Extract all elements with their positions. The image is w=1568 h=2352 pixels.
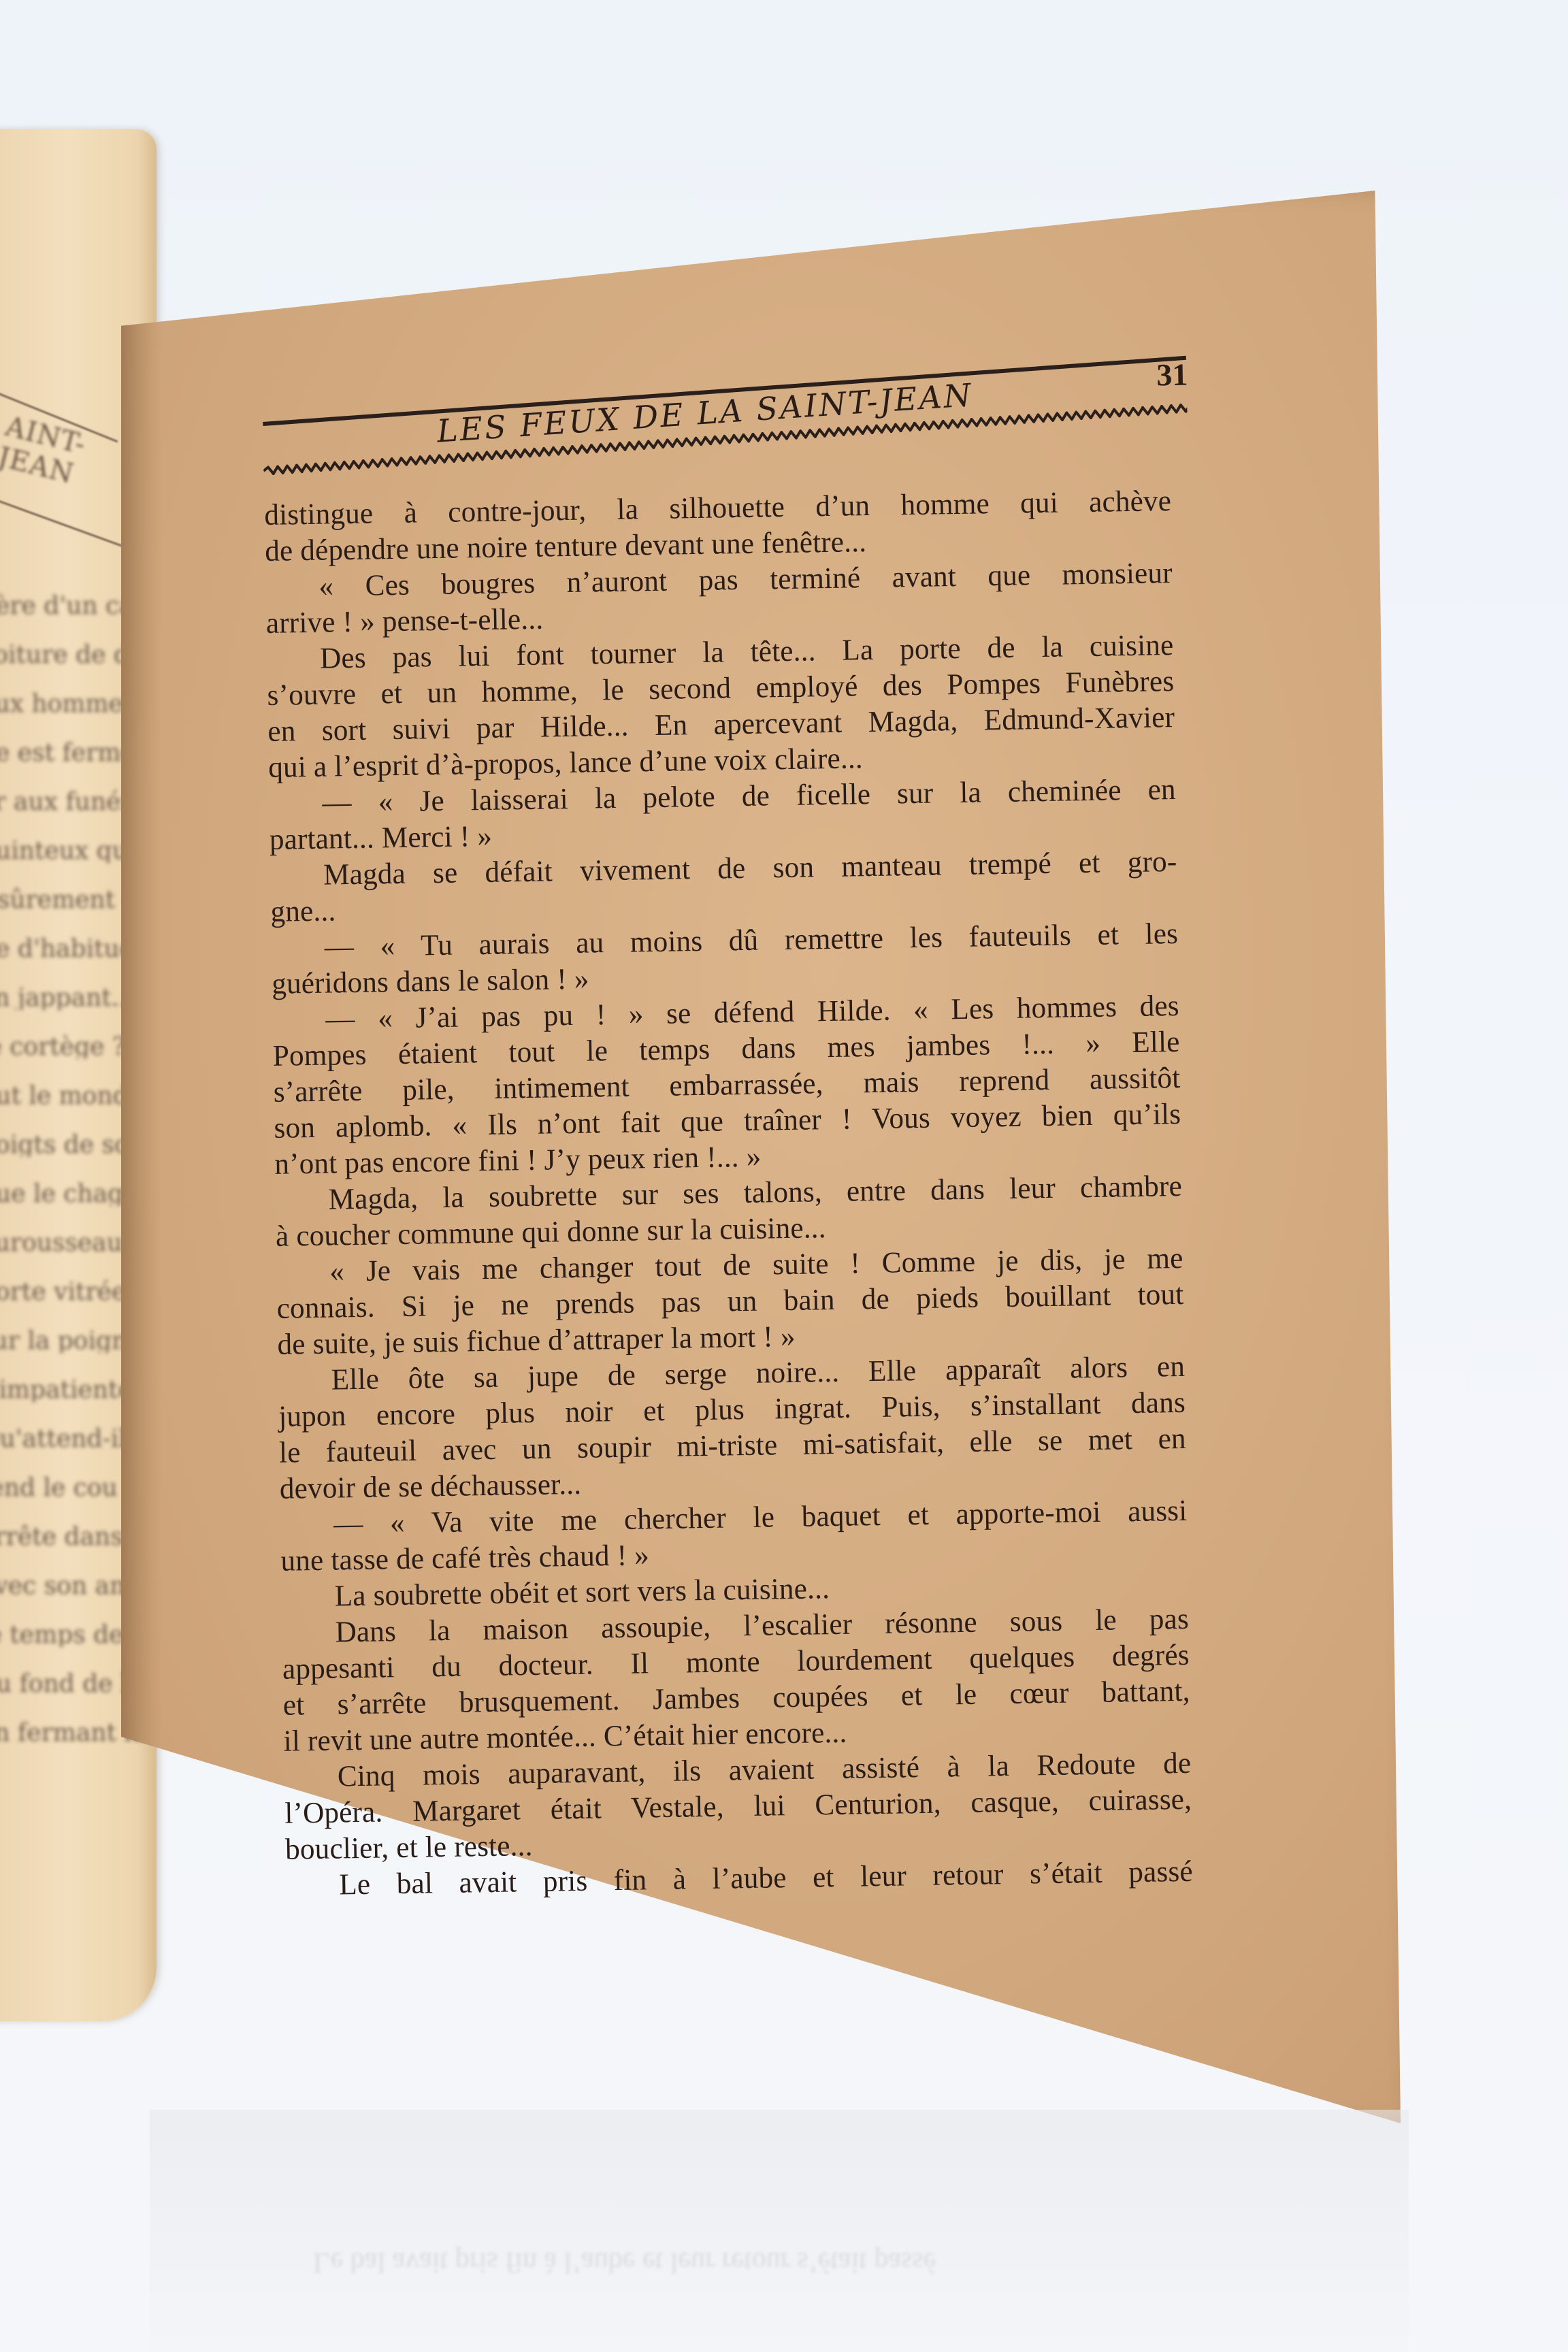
table-reflection: Le bal avait pris fin à l’aube et leur r… [150,2110,1409,2352]
page-number: 31 [1156,357,1188,393]
left-running-head-rule-bottom [0,497,139,553]
running-head: LES FEUX DE LA SAINT-JEAN 31 [262,353,1190,490]
right-page-content: LES FEUX DE LA SAINT-JEAN 31 distingue à… [262,353,1211,1904]
body-text: distingue à contre-jour, la silhouette d… [264,483,1211,1904]
reflection-text: Le bal avait pris fin à l’aube et leur r… [313,2246,936,2278]
